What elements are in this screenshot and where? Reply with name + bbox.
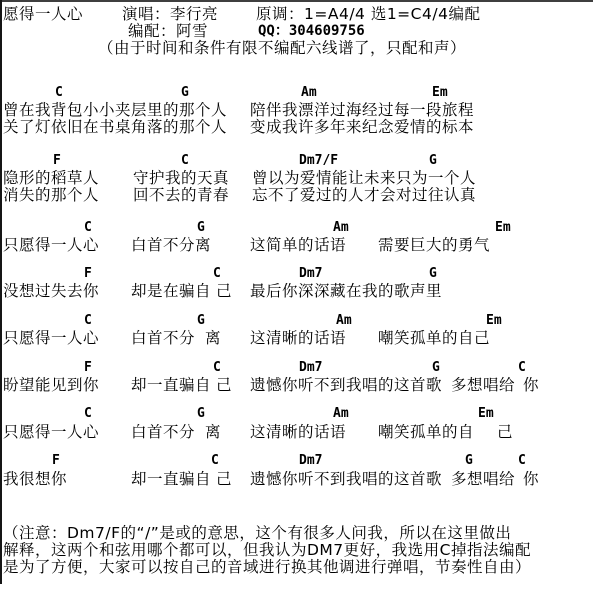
lyric-text: 隐形的稻草人: [3, 169, 99, 187]
lyric-text: 己: [216, 282, 232, 300]
chord-line: CGAmEm: [0, 312, 593, 330]
chord-label: C: [84, 312, 92, 330]
lyric-text: 这简单的话语: [250, 236, 346, 254]
lyric-line: 没想过失去你却是在骗自己最后你深深藏在我的歌声里: [0, 282, 593, 300]
chord-label: Am: [301, 84, 317, 102]
lyric-text: 白首不分: [131, 423, 195, 441]
chord-label: Em: [495, 219, 511, 237]
lyric-text: 你: [523, 470, 539, 488]
chord-label: Em: [478, 405, 494, 423]
key-info: 原调：1=A4/4 选1=C4/4编配: [256, 5, 480, 23]
lyric-text: 嘲笑孤单的自己: [378, 329, 490, 347]
lyric-text: 只愿得一人心: [3, 236, 99, 254]
arranger-note: （由于时间和条件有限不编配六线谱了，只配和声）: [98, 39, 466, 57]
lyric-text: 变成我许多年来纪念爱情的标本: [250, 118, 474, 136]
chord-label: G: [465, 452, 473, 470]
chord-line: CGAmEm: [0, 219, 593, 237]
lyric-text: 己: [216, 376, 232, 394]
chord-label: F: [53, 152, 61, 170]
chord-line: FCDm7G: [0, 265, 593, 283]
chord-label: Dm7: [299, 359, 322, 377]
lyric-text: 盼望能见到你: [3, 376, 99, 394]
chord-sheet-page: 愿得一人心演唱：李行亮原调：1=A4/4 选1=C4/4编配编配：阿雪QQ：30…: [0, 0, 593, 605]
header-line: 愿得一人心演唱：李行亮原调：1=A4/4 选1=C4/4编配: [0, 5, 593, 23]
lyric-line: 只愿得一人心白首不分离这清晰的话语嘲笑孤单的自己: [0, 423, 593, 441]
chord-label: G: [429, 152, 437, 170]
lyric-text: 这清晰的话语: [250, 329, 346, 347]
chord-label: C: [181, 152, 189, 170]
lyric-text: 却一直骗自: [131, 470, 211, 488]
chord-label: Am: [336, 312, 352, 330]
chord-line: CGAmEm: [0, 84, 593, 102]
lyric-line: 关了灯依旧在书桌角落的那个人变成我许多年来纪念爱情的标本: [0, 118, 593, 136]
lyric-text: 我很想你: [3, 470, 67, 488]
chord-label: Am: [333, 219, 349, 237]
chord-label: C: [211, 452, 219, 470]
lyric-text: 陪伴我漂洋过海经过每一段旅程: [250, 101, 474, 119]
lyric-text: 嘲笑孤单的自: [378, 423, 474, 441]
lyric-text: 遗憾你听不到我唱的这首歌: [250, 470, 442, 488]
chord-label: Dm7: [299, 265, 322, 283]
lyric-text: 遗憾你听不到我唱的这首歌: [250, 376, 442, 394]
lyric-text: 白首不分离: [131, 236, 211, 254]
lyric-text: 曾在我背包小小夹层里的那个人: [3, 101, 227, 119]
lyric-text: 守护我的天真: [133, 169, 229, 187]
lyric-text: 忘不了爱过的人才会对过往认真: [252, 186, 476, 204]
chord-label: C: [84, 405, 92, 423]
lyric-text: 这清晰的话语: [250, 423, 346, 441]
chord-label: C: [213, 265, 221, 283]
lyric-text: 己: [497, 423, 513, 441]
lyric-text: 需要巨大的勇气: [378, 236, 490, 254]
chord-label: G: [181, 84, 189, 102]
chord-label: G: [432, 359, 440, 377]
chord-label: Am: [333, 405, 349, 423]
lyric-text: 回不去的青春: [133, 186, 229, 204]
chord-line: FCDm7/FG: [0, 152, 593, 170]
lyric-text: 离: [205, 423, 221, 441]
lyric-text: 却是在骗自: [131, 282, 211, 300]
performer: 演唱：李行亮: [122, 5, 218, 23]
song-title: 愿得一人心: [3, 5, 83, 23]
chord-label: F: [84, 359, 92, 377]
lyric-text: 曾以为爱情能让未来只为一个人: [252, 169, 476, 187]
lyric-text: 己: [216, 470, 232, 488]
lyric-line: 我很想你却一直骗自己遗憾你听不到我唱的这首歌多想唱给你: [0, 470, 593, 488]
chord-label: G: [429, 265, 437, 283]
lyric-line: 曾在我背包小小夹层里的那个人陪伴我漂洋过海经过每一段旅程: [0, 101, 593, 119]
chord-label: G: [197, 312, 205, 330]
footnote-line-1: （注意：Dm7/F的“/”是或的意思，这个有很多人问我，所以在这里做出: [3, 524, 511, 542]
lyric-text: 关了灯依旧在书桌角落的那个人: [3, 118, 227, 136]
chord-line: FCDm7GC: [0, 359, 593, 377]
lyric-text: 没想过失去你: [3, 282, 99, 300]
arranger: 编配：阿雪: [128, 22, 208, 40]
lyric-text: 只愿得一人心: [3, 329, 99, 347]
chord-label: G: [197, 219, 205, 237]
chord-line: FCDm7GC: [0, 452, 593, 470]
chord-label: C: [84, 219, 92, 237]
lyric-text: 离: [205, 329, 221, 347]
footnote-line-2: 解释，这两个和弦用哪个都可以，但我认为DM7更好，我选用C掉指法编配: [3, 541, 531, 559]
chord-label: F: [84, 265, 92, 283]
lyric-text: 你: [523, 376, 539, 394]
page-top-border: [0, 0, 593, 2]
chord-label: C: [518, 452, 526, 470]
lyric-text: 多想唱给: [451, 470, 515, 488]
chord-label: C: [518, 359, 526, 377]
note-line: （注意：Dm7/F的“/”是或的意思，这个有很多人问我，所以在这里做出: [0, 524, 593, 542]
chord-label: G: [197, 405, 205, 423]
note-line: 是为了方便，大家可以按自己的音域进行换其他调进行弹唱，节奏性自由）: [0, 558, 593, 576]
chord-label: Em: [486, 312, 502, 330]
chord-label: Dm7: [299, 452, 322, 470]
lyric-line: 只愿得一人心白首不分离这简单的话语需要巨大的勇气: [0, 236, 593, 254]
lyric-text: 却一直骗自: [131, 376, 211, 394]
chord-label: C: [213, 359, 221, 377]
lyric-line: 隐形的稻草人守护我的天真曾以为爱情能让未来只为一个人: [0, 169, 593, 187]
qq-contact: QQ：304609756: [258, 22, 365, 40]
header-line: （由于时间和条件有限不编配六线谱了，只配和声）: [0, 39, 593, 57]
lyric-text: 消失的那个人: [3, 186, 99, 204]
chord-line: CGAmEm: [0, 405, 593, 423]
lyric-text: 只愿得一人心: [3, 423, 99, 441]
lyric-text: 多想唱给: [451, 376, 515, 394]
lyric-text: 白首不分: [131, 329, 195, 347]
lyric-text: 最后你深深藏在我的歌声里: [250, 282, 442, 300]
chord-label: Em: [432, 84, 448, 102]
chord-label: Dm7/F: [299, 152, 338, 170]
chord-label: F: [52, 452, 60, 470]
lyric-line: 盼望能见到你却一直骗自己遗憾你听不到我唱的这首歌多想唱给你: [0, 376, 593, 394]
chord-label: C: [55, 84, 63, 102]
note-line: 解释，这两个和弦用哪个都可以，但我认为DM7更好，我选用C掉指法编配: [0, 541, 593, 559]
lyric-line: 只愿得一人心白首不分离这清晰的话语嘲笑孤单的自己: [0, 329, 593, 347]
lyric-line: 消失的那个人回不去的青春忘不了爱过的人才会对过往认真: [0, 186, 593, 204]
header-line: 编配：阿雪QQ：304609756: [0, 22, 593, 40]
footnote-line-3: 是为了方便，大家可以按自己的音域进行换其他调进行弹唱，节奏性自由）: [3, 558, 531, 576]
